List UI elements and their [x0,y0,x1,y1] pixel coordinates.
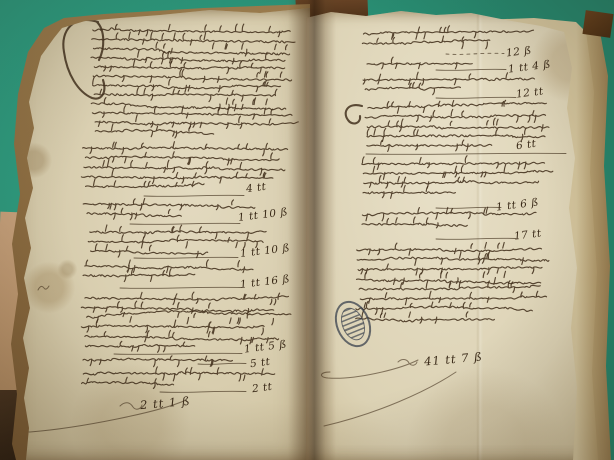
photo-vignette [0,0,614,460]
manuscript-photo: 4 tt 1 tt 10 ß 1 tt 10 ß 1 tt 16 ß 1 tt … [0,0,614,460]
